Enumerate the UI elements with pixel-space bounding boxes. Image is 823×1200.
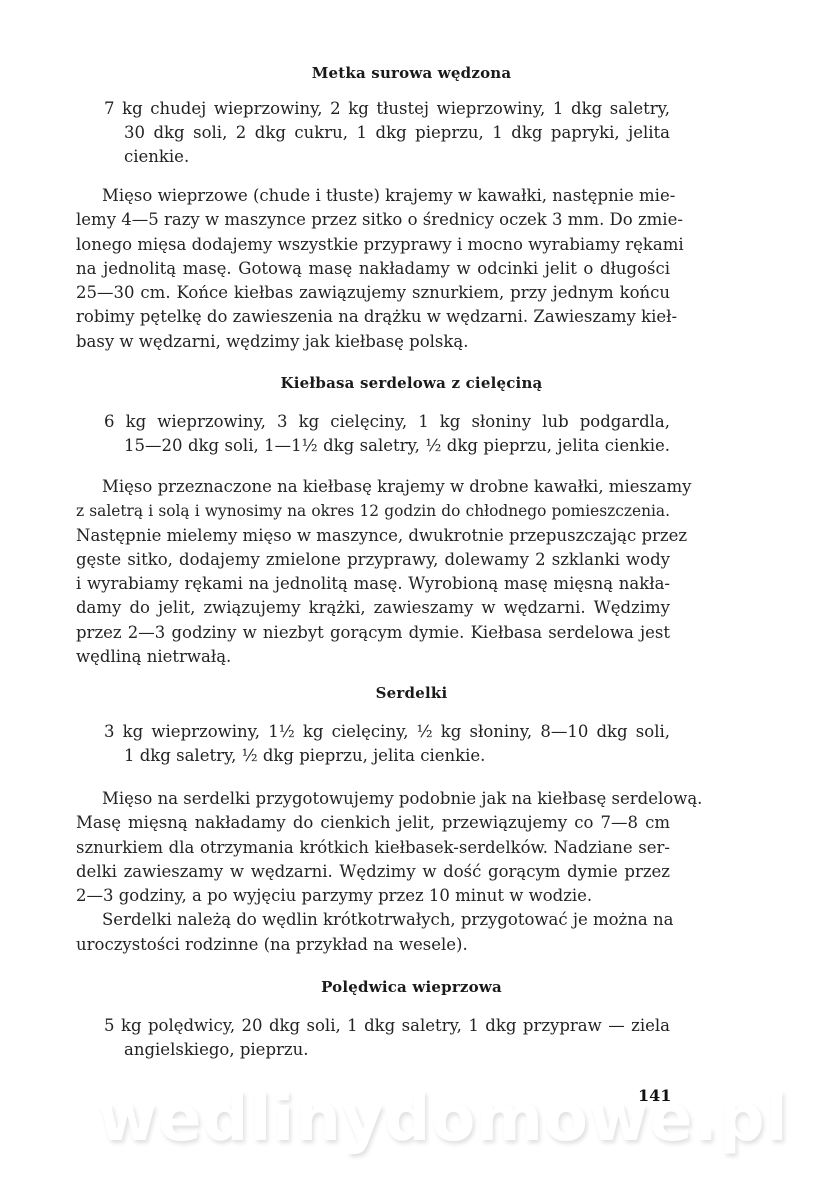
text-line: lemy 4—5 razy w maszynce przez sitko o ś… xyxy=(76,208,670,232)
text-line: wędliną nietrwałą. xyxy=(76,645,670,669)
instructions-paragraph: Mięso na serdelki przygotowujemy podobni… xyxy=(76,787,670,957)
text-line: sznurkiem dla otrzymania krótkich kiełba… xyxy=(76,836,670,860)
text-line: Mięso na serdelki przygotowujemy podobni… xyxy=(76,787,670,811)
text-line: i wyrabiamy rękami na jednolitą masę. Wy… xyxy=(76,572,670,596)
recipe-title: Metka surowa wędzona xyxy=(0,64,823,82)
recipe-title: Polędwica wieprzowa xyxy=(0,978,823,996)
text-line: z saletrą i solą i wynosimy na okres 12 … xyxy=(76,499,670,523)
text-line: gęste sitko, dodajemy zmielone przyprawy… xyxy=(76,548,670,572)
text-line: Serdelki należą do wędlin krótkotrwałych… xyxy=(76,908,670,932)
ingredients-line: 6 kg wieprzowiny, 3 kg cielęciny, 1 kg s… xyxy=(104,410,670,434)
text-line: Masę mięsną nakładamy do cienkich jelit,… xyxy=(76,811,670,835)
text-line: basy w wędzarni, wędzimy jak kiełbasę po… xyxy=(76,330,670,354)
instructions-paragraph: Mięso przeznaczone na kiełbasę krajemy w… xyxy=(76,475,670,669)
ingredients-list: 6 kg wieprzowiny, 3 kg cielęciny, 1 kg s… xyxy=(104,410,670,458)
text-line: delki zawieszamy w wędzarni. Wędzimy w d… xyxy=(76,860,670,884)
ingredients-list: 7 kg chudej wieprzowiny, 2 kg tłustej wi… xyxy=(104,97,670,169)
ingredients-list: 5 kg polędwicy, 20 dkg soli, 1 dkg salet… xyxy=(104,1014,670,1062)
text-line: lonego mięsa dodajemy wszystkie przypraw… xyxy=(76,233,670,257)
text-line: 25—30 cm. Końce kiełbas zawiązujemy sznu… xyxy=(76,281,670,305)
ingredients-line: angielskiego, pieprzu. xyxy=(104,1038,670,1062)
ingredients-line: 30 dkg soli, 2 dkg cukru, 1 dkg pieprzu,… xyxy=(104,121,670,145)
ingredients-line: 5 kg polędwicy, 20 dkg soli, 1 dkg salet… xyxy=(104,1014,670,1038)
ingredients-line: 15—20 dkg soli, 1—1½ dkg saletry, ½ dkg … xyxy=(104,434,670,458)
instructions-paragraph: Mięso wieprzowe (chude i tłuste) krajemy… xyxy=(76,184,670,354)
ingredients-line: cienkie. xyxy=(104,145,670,169)
text-line: przez 2—3 godziny w niezbyt gorącym dymi… xyxy=(76,621,670,645)
ingredients-line: 3 kg wieprzowiny, 1½ kg cielęciny, ½ kg … xyxy=(104,720,670,744)
book-page: Metka surowa wędzona 7 kg chudej wieprzo… xyxy=(0,0,823,1200)
text-line: Mięso przeznaczone na kiełbasę krajemy w… xyxy=(76,475,670,499)
page-number: 141 xyxy=(638,1086,671,1105)
ingredients-list: 3 kg wieprzowiny, 1½ kg cielęciny, ½ kg … xyxy=(104,720,670,768)
ingredients-line: 1 dkg saletry, ½ dkg pieprzu, jelita cie… xyxy=(104,744,670,768)
text-line: uroczystości rodzinne (na przykład na we… xyxy=(76,933,670,957)
text-line: Mięso wieprzowe (chude i tłuste) krajemy… xyxy=(76,184,670,208)
recipe-title: Serdelki xyxy=(0,684,823,702)
recipe-title: Kiełbasa serdelowa z cielęciną xyxy=(0,374,823,392)
text-line: robimy pętelkę do zawieszenia na drążku … xyxy=(76,305,670,329)
text-line: Następnie mielemy mięso w maszynce, dwuk… xyxy=(76,524,670,548)
text-line: 2—3 godziny, a po wyjęciu parzymy przez … xyxy=(76,884,670,908)
text-line: damy do jelit, związujemy krążki, zawies… xyxy=(76,596,670,620)
text-line: na jednolitą masę. Gotową masę nakładamy… xyxy=(76,257,670,281)
ingredients-line: 7 kg chudej wieprzowiny, 2 kg tłustej wi… xyxy=(104,97,670,121)
watermark: wedlinydomowe.pl xyxy=(98,1082,789,1156)
